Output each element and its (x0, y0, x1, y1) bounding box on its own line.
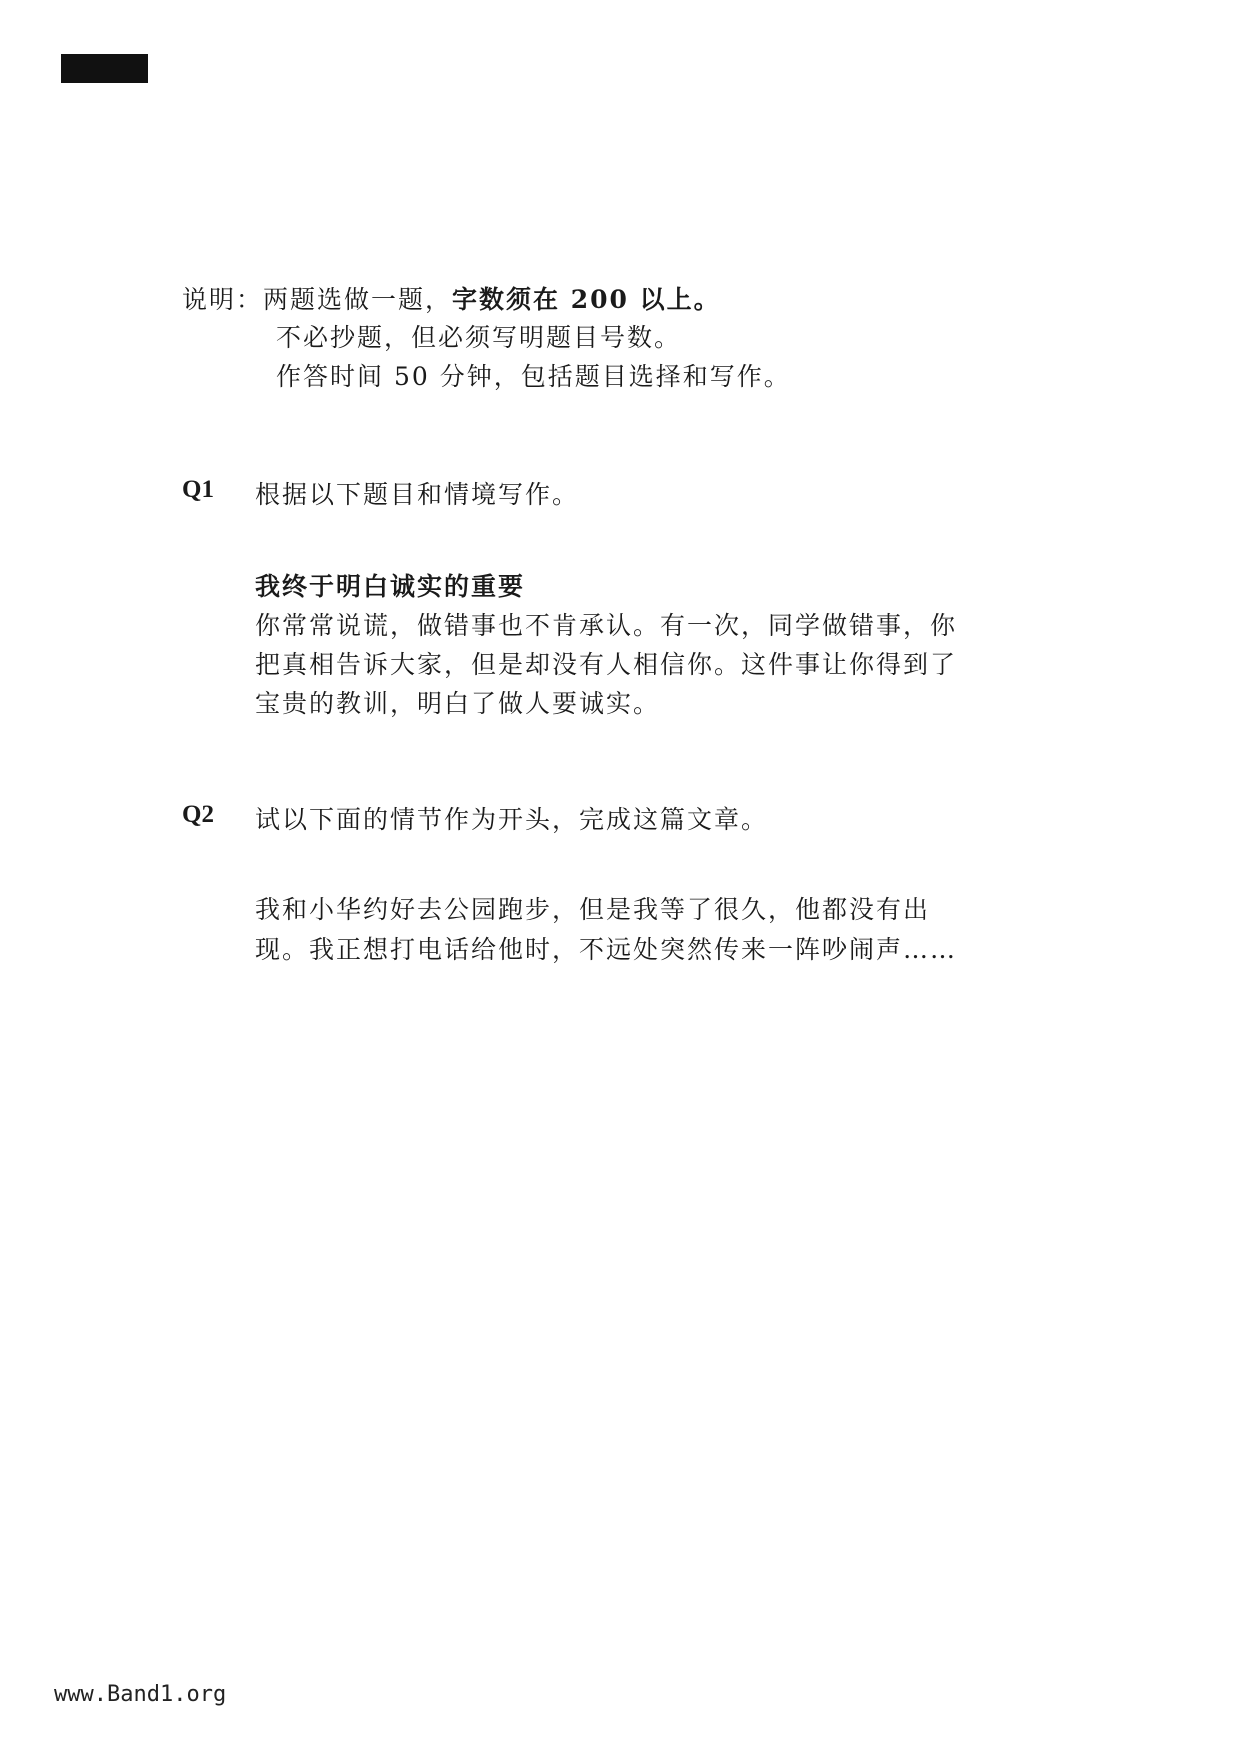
word-count-requirement: 字数须在 200 以上。 (452, 285, 721, 314)
instructions-line-3: 作答时间 50 分钟，包括题目选择和写作。 (276, 357, 791, 393)
q1-title: 我终于明白诚实的重要 (255, 567, 525, 603)
q2-number: Q2 (182, 801, 214, 829)
redacted-block (61, 54, 148, 83)
q2-body-line: 现。我正想打电话给他时，不远处突然传来一阵吵闹声…… (255, 930, 957, 966)
q1-prompt: 根据以下题目和情境写作。 (255, 475, 579, 511)
q1-number: Q1 (182, 476, 214, 504)
watermark: www.Band1.org (54, 1682, 226, 1707)
q1-body-line: 宝贵的教训，明白了做人要诚实。 (255, 684, 660, 720)
q2-prompt: 试以下面的情节作为开头，完成这篇文章。 (255, 800, 768, 836)
q2-body-line: 我和小华约好去公园跑步，但是我等了很久，他都没有出 (255, 890, 930, 926)
q1-body-line: 把真相告诉大家，但是却没有人相信你。这件事让你得到了 (255, 645, 957, 681)
instructions-line-2: 不必抄题，但必须写明题目号数。 (276, 318, 681, 354)
instructions-line-1: 说明：两题选做一题，字数须在 200 以上。 (182, 280, 721, 316)
instructions-label: 说明： (182, 285, 263, 314)
q1-body-line: 你常常说谎，做错事也不肯承认。有一次，同学做错事，你 (255, 606, 957, 642)
